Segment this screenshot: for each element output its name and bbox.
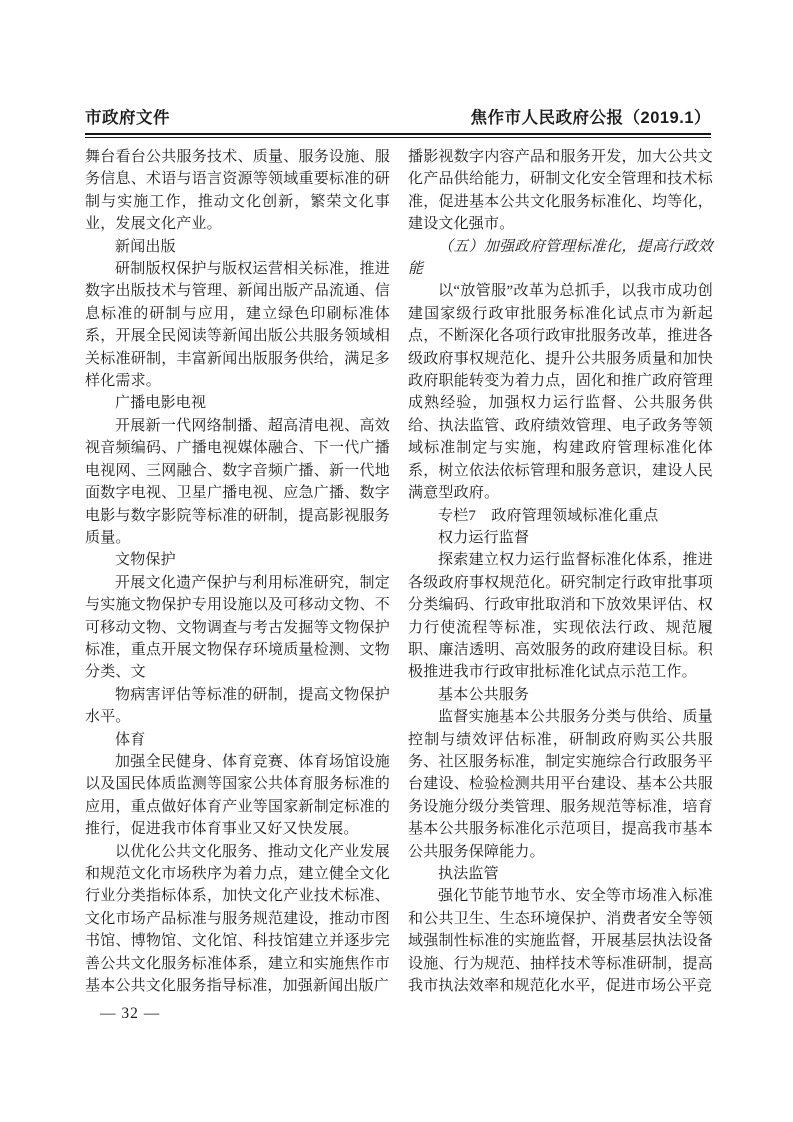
subhead: 权力运行监督	[408, 527, 713, 549]
left-column: 舞台看台公共服务技术、质量、服务设施、服务信息、术语与语言资源等领域重要标准的研…	[85, 146, 390, 997]
paragraph: 开展文化遗产保护与利用标准研究，制定与实施文物保护专用设施以及可移动文物、不可移…	[85, 572, 390, 684]
header-left-title: 市政府文件	[85, 104, 170, 128]
paragraph: 以“放管服”改革为总抓手，以我市成功创建国家级行政审批服务标准化试点市为新起点，…	[408, 280, 713, 504]
subhead: 基本公共服务	[408, 684, 713, 706]
paragraph: 研制版权保护与版权运营相关标准，推进数字出版技术与管理、新闻出版产品流通、信息标…	[85, 258, 390, 392]
paragraph: 探索建立权力运行监督标准化体系，推进各级政府事权规范化。研究制定行政审批事项分类…	[408, 549, 713, 683]
subhead: 体育	[85, 729, 390, 751]
gazette-page: 市政府文件 焦作市人民政府公报（2019.1） 舞台看台公共服务技术、质量、服务…	[0, 0, 793, 1122]
subhead: 文物保护	[85, 549, 390, 571]
subhead: 执法监管	[408, 863, 713, 885]
page-header: 市政府文件 焦作市人民政府公报（2019.1）	[85, 104, 711, 128]
paragraph: 以优化公共文化服务、推动文化产业发展和规范文化市场秩序为着力点，建立健全文化行业…	[85, 841, 390, 998]
subhead: 新闻出版	[85, 236, 390, 258]
paragraph: 舞台看台公共服务技术、质量、服务设施、服务信息、术语与语言资源等领域重要标准的研…	[85, 146, 390, 236]
paragraph: 播影视数字内容产品和服务开发，加大公共文化产品供给能力，研制文化安全管理和技术标…	[408, 146, 713, 236]
right-column: 播影视数字内容产品和服务开发，加大公共文化产品供给能力，研制文化安全管理和技术标…	[408, 146, 713, 997]
paragraph: 物病害评估等标准的研制，提高文物保护水平。	[85, 684, 390, 729]
paragraph: 监督实施基本公共服务分类与供给、质量控制与绩效评估标准，研制政府购买公共服务、社…	[408, 706, 713, 863]
paragraph: 强化节能节地节水、安全等市场准入标准和公共卫生、生态环境保护、消费者安全等领域强…	[408, 885, 713, 997]
paragraph: 加强全民健身、体育竞赛、体育场馆设施以及国民体质监测等国家公共体育服务标准的应用…	[85, 751, 390, 841]
header-double-rule	[85, 133, 711, 138]
italic-heading: （五）加强政府管理标准化，提高行政效能	[408, 236, 713, 281]
paragraph: 开展新一代网络制播、超高清电视、高效视音频编码、广播电视媒体融合、下一代广播电视…	[85, 415, 390, 549]
subhead: 广播电影电视	[85, 392, 390, 414]
text-columns: 舞台看台公共服务技术、质量、服务设施、服务信息、术语与语言资源等领域重要标准的研…	[85, 146, 713, 997]
page-number: — 32 —	[100, 1005, 160, 1023]
header-right-title: 焦作市人民政府公报（2019.1）	[471, 104, 711, 128]
column-heading: 专栏7 政府管理领域标准化重点	[408, 505, 713, 527]
